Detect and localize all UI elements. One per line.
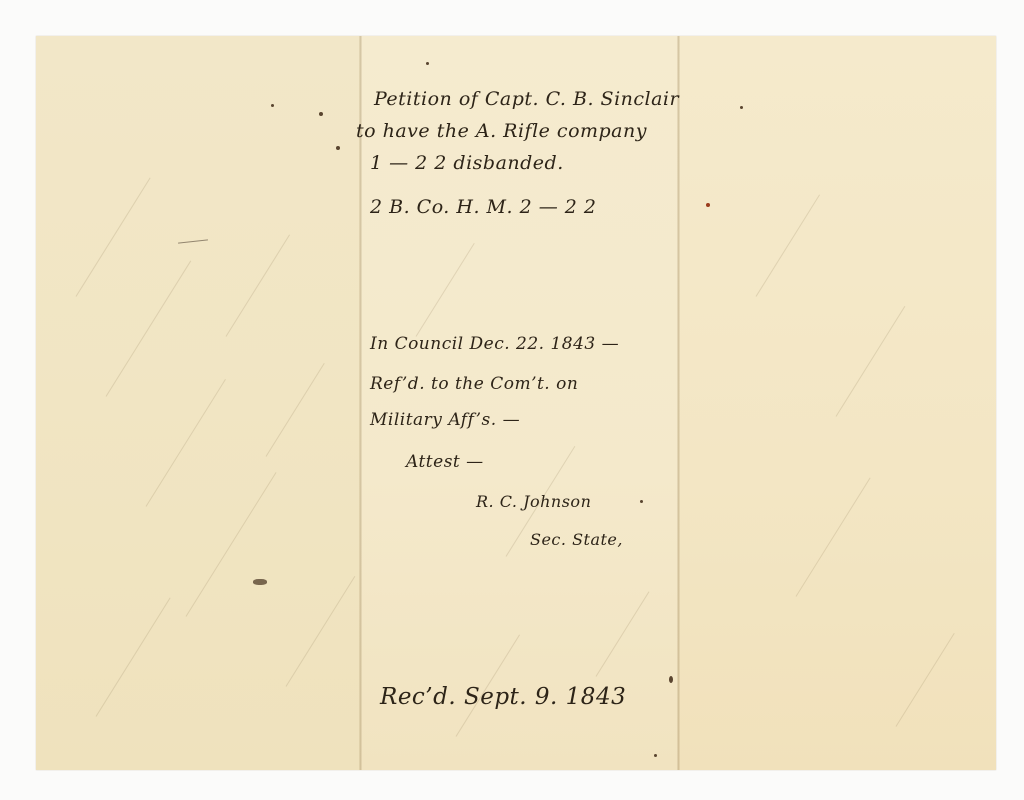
paper-sheet: Petition of Capt. C. B. Sinclair to have… bbox=[36, 36, 996, 770]
left-panel bbox=[36, 36, 360, 770]
speck bbox=[336, 146, 340, 150]
speck bbox=[640, 500, 643, 503]
docket-title-line-2: to have the A. Rifle company bbox=[356, 120, 647, 142]
center-panel bbox=[360, 36, 678, 770]
docket-title-line-3: 1 — 2 2 disbanded. bbox=[370, 152, 564, 174]
attest-label: Attest — bbox=[406, 452, 484, 472]
ink-blot bbox=[253, 579, 267, 585]
council-entry-line-2: Ref’d. to the Com’t. on bbox=[370, 374, 578, 394]
speck bbox=[740, 106, 743, 109]
speck bbox=[319, 112, 323, 116]
speck bbox=[426, 62, 429, 65]
right-panel bbox=[678, 36, 996, 770]
received-date: Rec’d. Sept. 9. 1843 bbox=[380, 684, 626, 710]
speck bbox=[654, 754, 657, 757]
file-reference: 2 B. Co. H. M. 2 — 2 2 bbox=[370, 196, 596, 218]
rust-speck bbox=[706, 203, 710, 207]
scanned-document: Petition of Capt. C. B. Sinclair to have… bbox=[0, 0, 1024, 800]
council-entry-line-1: In Council Dec. 22. 1843 — bbox=[370, 334, 619, 354]
speck bbox=[669, 676, 673, 683]
council-entry-line-3: Military Aff’s. — bbox=[370, 410, 520, 430]
speck bbox=[271, 104, 274, 107]
signatory-name: R. C. Johnson bbox=[476, 492, 591, 511]
fold-line-right bbox=[677, 36, 680, 770]
signatory-title: Sec. State, bbox=[530, 530, 623, 549]
fold-line-left bbox=[359, 36, 362, 770]
docket-title-line-1: Petition of Capt. C. B. Sinclair bbox=[374, 88, 679, 110]
